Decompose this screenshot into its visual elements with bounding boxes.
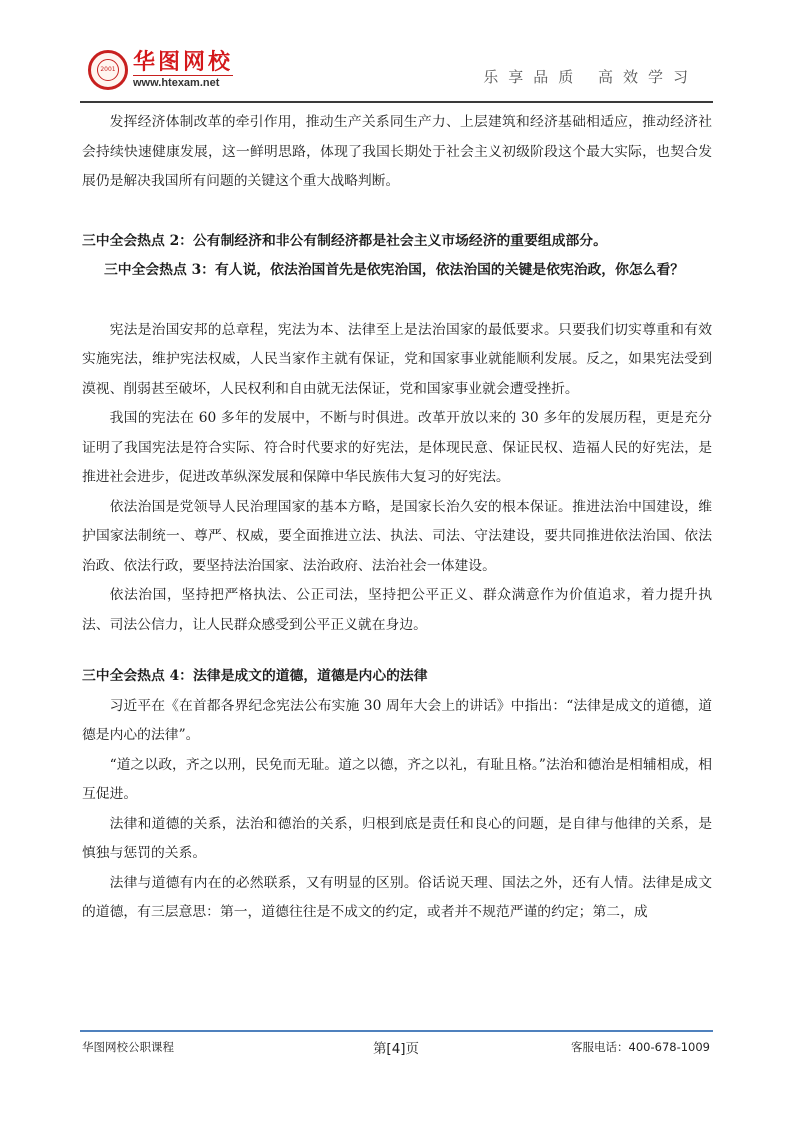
logo-name: 华图网校 bbox=[133, 51, 233, 75]
document-body: 发挥经济体制改革的牵引作用，推动生产关系同生产力、上层建筑和经济基础相适应，推动… bbox=[82, 108, 712, 928]
logo-emblem-icon: 2001 bbox=[88, 50, 128, 90]
header-divider bbox=[80, 101, 713, 103]
header-slogan: 乐享品质 高效学习 bbox=[483, 66, 698, 87]
spacer bbox=[82, 286, 712, 316]
footer-phone: 客服电话：400-678-1009 bbox=[571, 1039, 710, 1055]
paragraph: 法律与道德有内在的必然联系，又有明显的区别。俗话说天理、国法之外，还有人情。法律… bbox=[82, 869, 712, 928]
paragraph: 宪法是治国安邦的总章程，宪法为本、法律至上是法治国家的最低要求。只要我们切实尊重… bbox=[82, 316, 712, 405]
paragraph: 法律和道德的关系，法治和德治的关系，归根到底是责任和良心的问题，是自律与他律的关… bbox=[82, 810, 712, 869]
footer-divider bbox=[80, 1030, 713, 1032]
section-heading-hotspot-4: 三中全会热点 4：法律是成文的道德，道德是内心的法律 bbox=[82, 662, 712, 692]
paragraph: 依法治国，坚持把严格执法、公正司法，坚持把公平正义、群众满意作为价值追求，着力提… bbox=[82, 581, 712, 640]
logo-emblem-year: 2001 bbox=[97, 59, 119, 81]
logo-url: www.htexam.net bbox=[133, 75, 233, 89]
page-footer: 华图网校公职课程 第[4]页 客服电话：400-678-1009 bbox=[82, 1039, 710, 1059]
paragraph: 依法治国是党领导人民治理国家的基本方略，是国家长治久安的根本保证。推进法治中国建… bbox=[82, 493, 712, 582]
section-heading-hotspot-2: 三中全会热点 2：公有制经济和非公有制经济都是社会主义市场经济的重要组成部分。 bbox=[82, 227, 712, 257]
page-header: 2001 华图网校 www.htexam.net 乐享品质 高效学习 bbox=[80, 40, 712, 102]
intro-paragraph: 发挥经济体制改革的牵引作用，推动生产关系同生产力、上层建筑和经济基础相适应，推动… bbox=[82, 108, 712, 197]
paragraph: 我国的宪法在 60 多年的发展中，不断与时俱进。改革开放以来的 30 多年的发展… bbox=[82, 404, 712, 493]
spacer bbox=[82, 197, 712, 227]
paragraph: “道之以政，齐之以刑，民免而无耻。道之以德，齐之以礼，有耻且格。”法治和德治是相… bbox=[82, 751, 712, 810]
logo: 2001 华图网校 www.htexam.net bbox=[88, 50, 233, 90]
section-heading-hotspot-3: 三中全会热点 3：有人说，依法治国首先是依宪治国，依法治国的关键是依宪治政，你怎… bbox=[82, 256, 712, 286]
paragraph: 习近平在《在首都各界纪念宪法公布实施 30 周年大会上的讲话》中指出：“法律是成… bbox=[82, 692, 712, 751]
logo-text: 华图网校 www.htexam.net bbox=[133, 51, 233, 89]
spacer bbox=[82, 640, 712, 662]
